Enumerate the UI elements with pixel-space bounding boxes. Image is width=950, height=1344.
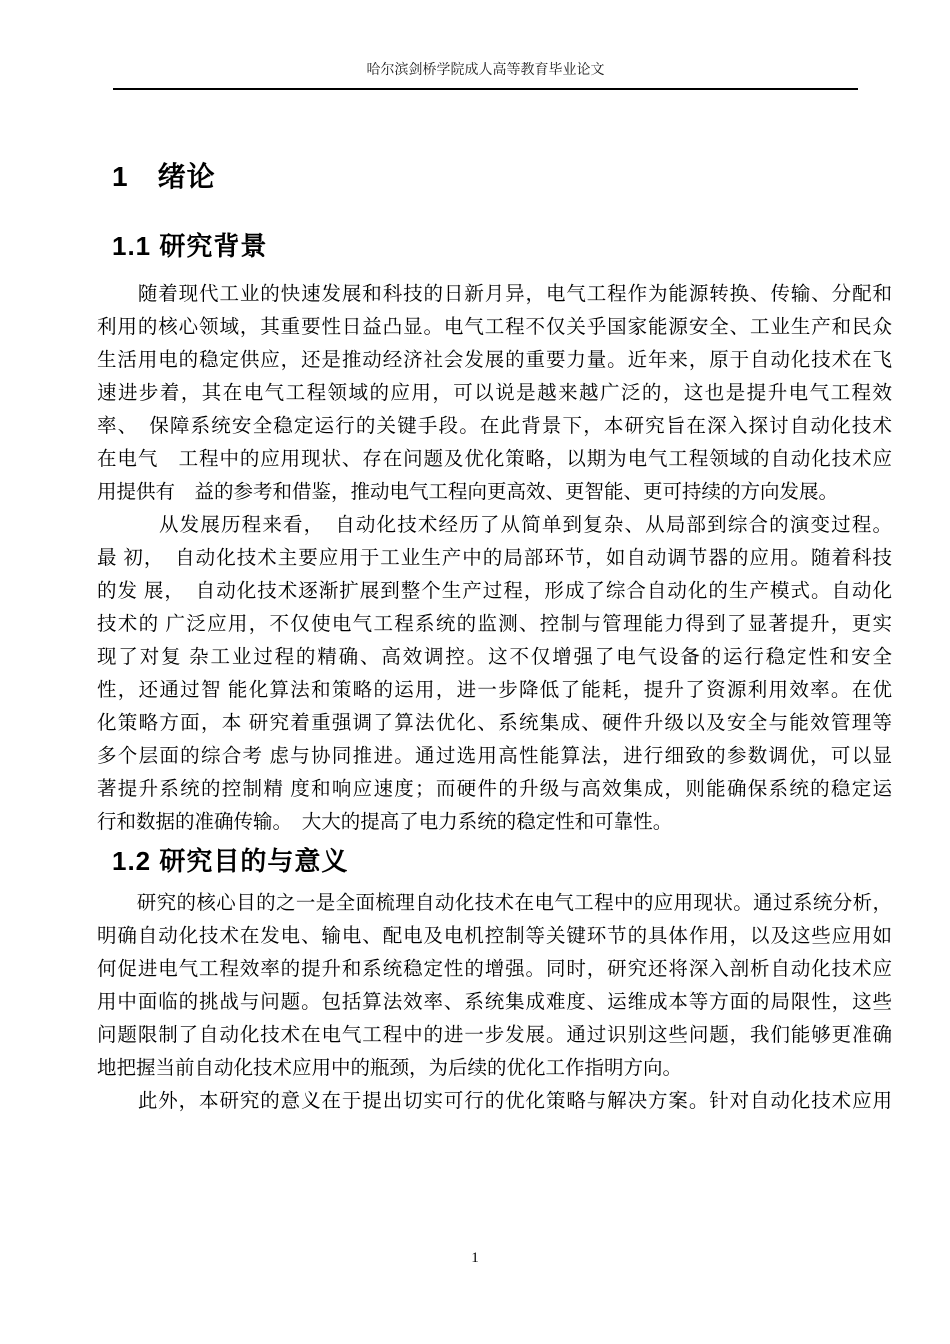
section-1-2-body: 研究的核心目的之一是全面梳理自动化技术在电气工程中的应用现状。通过系统分析，明确…	[0, 887, 950, 1118]
text-line: 行和数据的准确传输。 大大的提高了电力系统的稳定性和可靠性。	[97, 806, 892, 839]
text-line: 在电气 工程中的应用现状、存在问题及优化策略，以期为电气工程领域的自动化技术应	[97, 443, 892, 476]
paragraph: 从发展历程来看， 自动化技术经历了从简单到复杂、从局部到综合的演变过程。最 初，…	[0, 509, 950, 839]
paragraph: 此外，本研究的意义在于提出切实可行的优化策略与解决方案。针对自动化技术应用	[0, 1085, 950, 1118]
header-rule	[113, 81, 858, 90]
text-line: 的发 展， 自动化技术逐渐扩展到整个生产过程，形成了综合自动化的生产模式。自动化	[97, 575, 892, 608]
page-footer: 1	[0, 1248, 950, 1268]
text-line: 此外，本研究的意义在于提出切实可行的优化策略与解决方案。针对自动化技术应用	[97, 1085, 892, 1118]
text-line: 利用的核心领域，其重要性日益凸显。电气工程不仅关乎国家能源安全、工业生产和民众	[97, 311, 892, 344]
text-line: 地把握当前自动化技术应用中的瓶颈，为后续的优化工作指明方向。	[97, 1052, 892, 1085]
text-line: 用提供有 益的参考和借鉴，推动电气工程向更高效、更智能、更可持续的方向发展。	[97, 476, 892, 509]
text-line: 何促进电气工程效率的提升和系统稳定性的增强。同时，研究还将深入剖析自动化技术应	[97, 953, 892, 986]
header-title: 哈尔滨剑桥学院成人高等教育毕业论文	[113, 0, 858, 81]
text-line: 从发展历程来看， 自动化技术经历了从简单到复杂、从局部到综合的演变过程。	[97, 509, 892, 542]
text-line: 问题限制了自动化技术在电气工程中的进一步发展。通过识别这些问题，我们能够更准确	[97, 1019, 892, 1052]
text-line: 化策略方面，本 研究着重强调了算法优化、系统集成、硬件升级以及安全与能效管理等	[97, 707, 892, 740]
chapter-heading: 1 绪论	[112, 158, 950, 196]
text-line: 技术的 广泛应用，不仅使电气工程系统的监测、控制与管理能力得到了显著提升，更实	[97, 608, 892, 641]
section-1-1-body: 随着现代工业的快速发展和科技的日新月异，电气工程作为能源转换、传输、分配和利用的…	[0, 278, 950, 839]
text-line: 最 初， 自动化技术主要应用于工业生产中的局部环节，如自动调节器的应用。随着科技	[97, 542, 892, 575]
text-line: 明确自动化技术在发电、输电、配电及电机控制等关键环节的具体作用，以及这些应用如	[97, 920, 892, 953]
thesis-page: 哈尔滨剑桥学院成人高等教育毕业论文 1 绪论 1.1 研究背景 随着现代工业的快…	[0, 0, 950, 1344]
section-research-background: 1.1 研究背景 随着现代工业的快速发展和科技的日新月异，电气工程作为能源转换、…	[0, 228, 950, 839]
text-line: 用中面临的挑战与问题。包括算法效率、系统集成难度、运维成本等方面的局限性，这些	[97, 986, 892, 1019]
text-line: 速进步着，其在电气工程领域的应用，可以说是越来越广泛的，这也是提升电气工程效	[97, 377, 892, 410]
text-line: 随着现代工业的快速发展和科技的日新月异，电气工程作为能源转换、传输、分配和	[97, 278, 892, 311]
section-1-2-heading: 1.2 研究目的与意义	[112, 843, 950, 879]
text-line: 研究的核心目的之一是全面梳理自动化技术在电气工程中的应用现状。通过系统分析，	[97, 887, 892, 920]
paragraph: 随着现代工业的快速发展和科技的日新月异，电气工程作为能源转换、传输、分配和利用的…	[0, 278, 950, 509]
section-1-1-heading: 1.1 研究背景	[112, 228, 950, 264]
text-line: 率、 保障系统安全稳定运行的关键手段。在此背景下，本研究旨在深入探讨自动化技术	[97, 410, 892, 443]
section-research-purpose: 1.2 研究目的与意义 研究的核心目的之一是全面梳理自动化技术在电气工程中的应用…	[0, 843, 950, 1118]
text-line: 多个层面的综合考 虑与协同推进。通过选用高性能算法，进行细致的参数调优，可以显	[97, 740, 892, 773]
text-line: 性，还通过智 能化算法和策略的运用，进一步降低了能耗，提升了资源利用效率。在优	[97, 674, 892, 707]
paragraph: 研究的核心目的之一是全面梳理自动化技术在电气工程中的应用现状。通过系统分析，明确…	[0, 887, 950, 1085]
page-header: 哈尔滨剑桥学院成人高等教育毕业论文	[113, 0, 858, 90]
page-number: 1	[471, 1250, 479, 1266]
text-line: 著提升系统的控制精 度和响应速度；而硬件的升级与高效集成，则能确保系统的稳定运	[97, 773, 892, 806]
text-line: 现了对复 杂工业过程的精确、高效调控。这不仅增强了电气设备的运行稳定性和安全	[97, 641, 892, 674]
text-line: 生活用电的稳定供应，还是推动经济社会发展的重要力量。近年来，原于自动化技术在飞	[97, 344, 892, 377]
